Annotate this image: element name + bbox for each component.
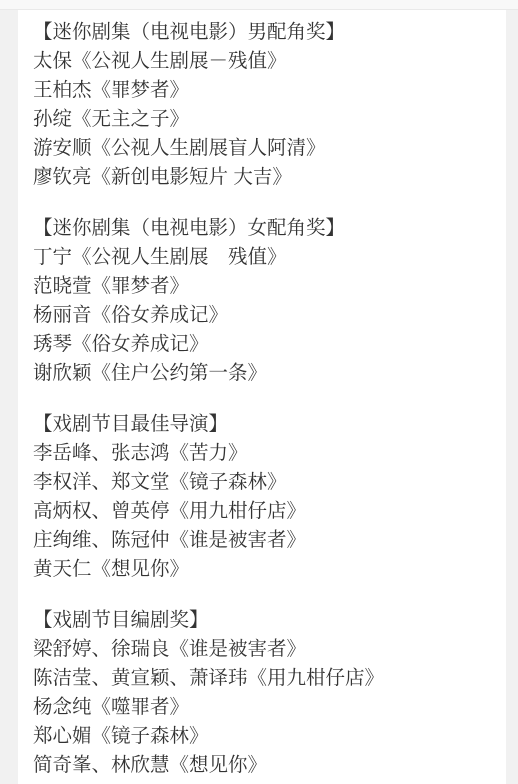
page-top-gutter [0, 0, 518, 10]
award-section: 【戏剧节目编剧奖】 梁舒婷、徐瑞良《谁是被害者》 陈洁莹、黄宣颖、萧译玮《用九柑… [33, 606, 491, 780]
nominee-line: 黄天仁《想见你》 [33, 555, 491, 584]
nominee-line: 简奇峯、林欣慧《想见你》 [33, 751, 491, 780]
nominee-line: 李权洋、郑文堂《镜子森林》 [33, 468, 491, 497]
nominee-line: 太保《公视人生剧展－残值》 [33, 47, 491, 76]
article-content-card: 【迷你剧集（电视电影）男配角奖】 太保《公视人生剧展－残值》 王柏杰《罪梦者》 … [18, 10, 506, 784]
nominee-line: 陈洁莹、黄宣颖、萧译玮《用九柑仔店》 [33, 664, 491, 693]
nominee-line: 范晓萱《罪梦者》 [33, 272, 491, 301]
nominee-line: 庄绚维、陈冠仲《谁是被害者》 [33, 526, 491, 555]
nominee-line: 杨丽音《俗女养成记》 [33, 301, 491, 330]
nominee-line: 游安顺《公视人生剧展盲人阿清》 [33, 134, 491, 163]
nominee-line: 李岳峰、张志鸿《苦力》 [33, 439, 491, 468]
nominee-line: 梁舒婷、徐瑞良《谁是被害者》 [33, 635, 491, 664]
nominee-line: 郑心媚《镜子森林》 [33, 722, 491, 751]
nominee-line: 琇琴《俗女养成记》 [33, 330, 491, 359]
award-section: 【戏剧节目最佳导演】 李岳峰、张志鸿《苦力》 李权洋、郑文堂《镜子森林》 高炳权… [33, 410, 491, 584]
nominee-line: 丁宁《公视人生剧展 残值》 [33, 243, 491, 272]
award-section: 【迷你剧集（电视电影）女配角奖】 丁宁《公视人生剧展 残值》 范晓萱《罪梦者》 … [33, 214, 491, 388]
nominee-line: 高炳权、曾英停《用九柑仔店》 [33, 497, 491, 526]
award-category-title: 【戏剧节目最佳导演】 [33, 410, 491, 439]
award-section: 【迷你剧集（电视电影）男配角奖】 太保《公视人生剧展－残值》 王柏杰《罪梦者》 … [33, 18, 491, 192]
nominee-line: 杨念纯《噬罪者》 [33, 693, 491, 722]
nominee-line: 孙绽《无主之子》 [33, 105, 491, 134]
award-category-title: 【迷你剧集（电视电影）女配角奖】 [33, 214, 491, 243]
nominee-line: 谢欣颖《住户公约第一条》 [33, 359, 491, 388]
nominee-line: 廖钦亮《新创电影短片 大吉》 [33, 163, 491, 192]
article-page: 【迷你剧集（电视电影）男配角奖】 太保《公视人生剧展－残值》 王柏杰《罪梦者》 … [0, 0, 518, 784]
award-category-title: 【戏剧节目编剧奖】 [33, 606, 491, 635]
nominee-line: 王柏杰《罪梦者》 [33, 76, 491, 105]
award-category-title: 【迷你剧集（电视电影）男配角奖】 [33, 18, 491, 47]
